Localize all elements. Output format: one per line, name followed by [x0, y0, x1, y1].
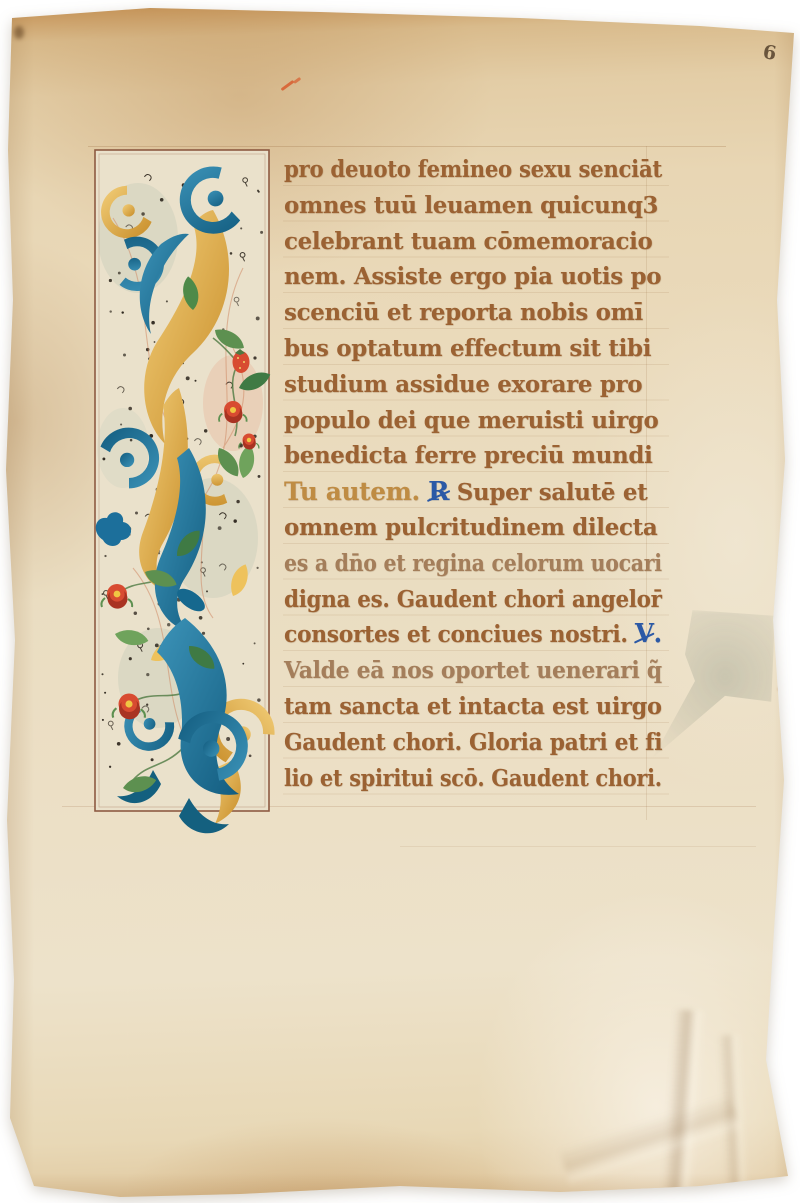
text-line: omnes tuū leuamen quicunq3: [284, 188, 662, 224]
text-segment: digna es. Gaudent chori angelor̄: [284, 586, 662, 613]
text-segment: studium assidue exorare pro: [284, 371, 642, 398]
text-segment: Tu autem.: [284, 477, 428, 506]
text-segment: populo dei que meruisti uirgo: [284, 407, 659, 434]
text-segment: es a dn̄o et regina celorum uocari: [284, 550, 662, 577]
ruling-line-bottom-2: [400, 846, 756, 847]
text-line: es a dn̄o et regina celorum uocari: [284, 546, 622, 582]
text-segment: tam sancta et intacta est uirgo: [284, 693, 662, 720]
latin-text-block: pro deuoto femineo sexu senciātomnes tuū…: [284, 152, 664, 796]
parchment-crease: [558, 1093, 742, 1187]
text-line: omnem pulcritudinem dilecta: [284, 510, 662, 546]
text-line: pro deuoto femineo sexu senciāt: [284, 152, 634, 188]
manuscript-photo: pro deuoto femineo sexu senciātomnes tuū…: [0, 0, 800, 1203]
red-ink-tick: [293, 77, 301, 84]
text-line: benedicta ferre preciū mundi: [284, 438, 662, 474]
text-line: bus optatum effectum sit tibi: [284, 331, 662, 367]
illuminated-floral-border: [93, 148, 271, 814]
rust-spot: [784, 652, 789, 657]
text-segment: Gaudent chori. Gloria patri et fi: [284, 729, 662, 756]
text-segment: lio et spiritui scō. Gaudent chori.: [284, 765, 662, 792]
text-line: Tu autem. R Super salutē et: [284, 474, 662, 510]
text-segment: scenciū et reporta nobis omī: [284, 299, 643, 326]
text-line: digna es. Gaudent chori angelor̄: [284, 582, 638, 618]
text-line: Gaudent chori. Gloria patri et fi: [284, 725, 643, 761]
text-line: scenciū et reporta nobis omī: [284, 295, 662, 331]
text-segment: pro deuoto femineo sexu senciāt: [284, 156, 662, 183]
text-segment: omnes tuū leuamen quicunq3: [284, 192, 658, 219]
text-line: lio et spiritui scō. Gaudent chori.: [284, 761, 628, 797]
responsory-mark: R: [428, 475, 449, 510]
text-segment: omnem pulcritudinem dilecta: [284, 514, 657, 541]
parchment-leaf-wrapper: pro deuoto femineo sexu senciātomnes tuū…: [0, 0, 800, 1203]
text-segment: Super salutē et: [449, 479, 647, 506]
corner-ink-spot: [14, 26, 24, 39]
text-line: nem. Assiste ergo pia uotis po: [284, 259, 662, 295]
versicle-mark: V: [635, 617, 654, 652]
text-line: populo dei que meruisti uirgo: [284, 403, 662, 439]
text-segment: bus optatum effectum sit tibi: [284, 335, 651, 362]
text-segment: nem. Assiste ergo pia uotis po: [284, 263, 661, 290]
parchment-crease: [718, 1035, 748, 1196]
text-line: Valde eā nos oportet uenerari q̃: [284, 653, 646, 689]
text-segment: benedicta ferre preciū mundi: [284, 442, 652, 469]
text-segment: .: [654, 619, 662, 649]
text-line: tam sancta et intacta est uirgo: [284, 689, 654, 725]
folio-mark: 6: [761, 41, 778, 65]
parchment-leaf: pro deuoto femineo sexu senciātomnes tuū…: [0, 0, 800, 1203]
text-segment: consortes et conciues nostri.: [284, 621, 635, 648]
rust-spot: [778, 686, 785, 692]
ruling-line-top: [88, 146, 726, 147]
text-segment: celebrant tuam cōmemoracio: [284, 228, 653, 255]
text-line: studium assidue exorare pro: [284, 367, 662, 403]
parchment-crease: [661, 1009, 704, 1201]
text-line: consortes et conciues nostri. V.: [284, 617, 644, 653]
text-segment: Valde eā nos oportet uenerari q̃: [284, 657, 662, 684]
rust-spot: [781, 614, 787, 621]
text-line: celebrant tuam cōmemoracio: [284, 224, 662, 260]
